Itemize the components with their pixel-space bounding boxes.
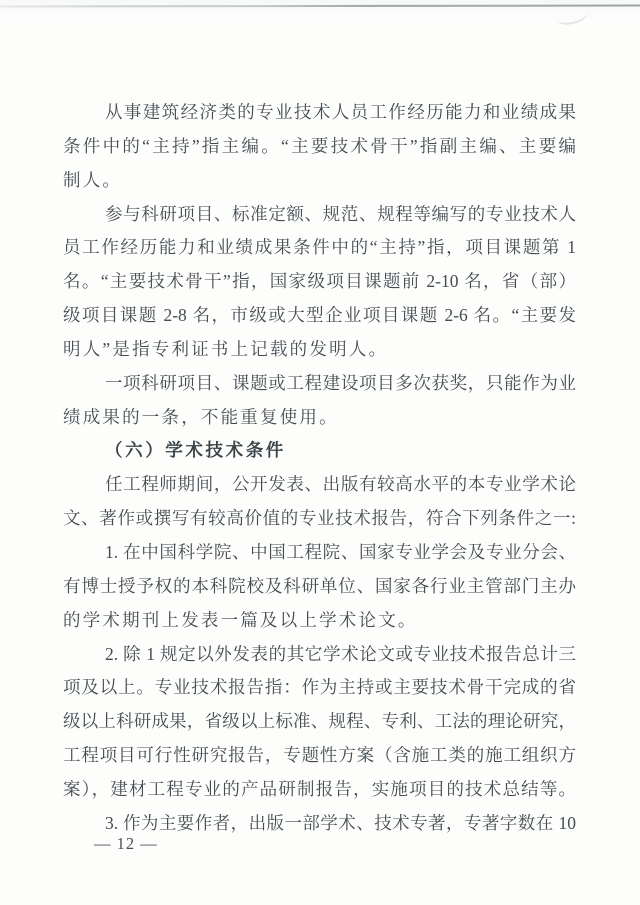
text-line: 文、著作或撰写有较高价值的专业技术报告，符合下列条件之一:	[63, 502, 576, 536]
text-line: 的学术期刊上发表一篇及以上学术论文。	[63, 604, 576, 638]
text-line: 案），建材工程专业的产品研制报告，实施项目的技术总结等。	[63, 773, 576, 807]
text-line: 绩成果的一条，不能重复使用。	[63, 401, 576, 435]
text-line: 工程项目可行性研究报告，专题性方案（含施工类的施工组织方	[63, 739, 576, 773]
document-page: 从事建筑经济类的专业技术人员工作经历能力和业绩成果 条件中的“主持”指主编。“主…	[0, 0, 640, 905]
text-line: 员工作经历能力和业绩成果条件中的“主持”指，项目课题第 1	[63, 231, 576, 265]
text-line: 名。“主要技术骨干”指，国家级项目课题前 2-10 名，省（部）	[63, 265, 576, 299]
text-line: 1. 在中国科学院、中国工程院、国家专业学会及专业分会、	[63, 536, 576, 570]
scan-smudge-artifact	[554, 3, 589, 27]
page-footer-number: — 12 —	[94, 834, 158, 854]
text-line: 项及以上。专业技术报告指：作为主持或主要技术骨干完成的省	[63, 671, 576, 705]
text-line: 明人”是指专利证书上记载的发明人。	[63, 333, 576, 367]
text-line: 从事建筑经济类的专业技术人员工作经历能力和业绩成果	[63, 96, 576, 130]
text-line: 一项科研项目、课题或工程建设项目多次获奖，只能作为业	[63, 367, 576, 401]
text-line: 条件中的“主持”指主编。“主要技术骨干”指副主编、主要编	[63, 130, 576, 164]
text-line: 级以上科研成果，省级以上标准、规程、专利、工法的理论研究，	[63, 705, 576, 739]
scan-edge-artifact	[0, 5, 640, 8]
text-line: 2. 除 1 规定以外发表的其它学术论文或专业技术报告总计三	[63, 638, 576, 672]
text-line: 级项目课题 2-8 名，市级或大型企业项目课题 2-6 名。“主要发	[63, 299, 576, 333]
text-line: 有博士授予权的本科院校及科研单位、国家各行业主管部门主办	[63, 570, 576, 604]
text-line: 参与科研项目、标准定额、规范、规程等编写的专业技术人	[63, 198, 576, 232]
text-line: 制人。	[63, 164, 576, 198]
document-text-block: 从事建筑经济类的专业技术人员工作经历能力和业绩成果 条件中的“主持”指主编。“主…	[63, 96, 576, 841]
section-heading: （六）学术技术条件	[63, 434, 576, 468]
text-line: 任工程师期间，公开发表、出版有较高水平的本专业学术论	[63, 468, 576, 502]
